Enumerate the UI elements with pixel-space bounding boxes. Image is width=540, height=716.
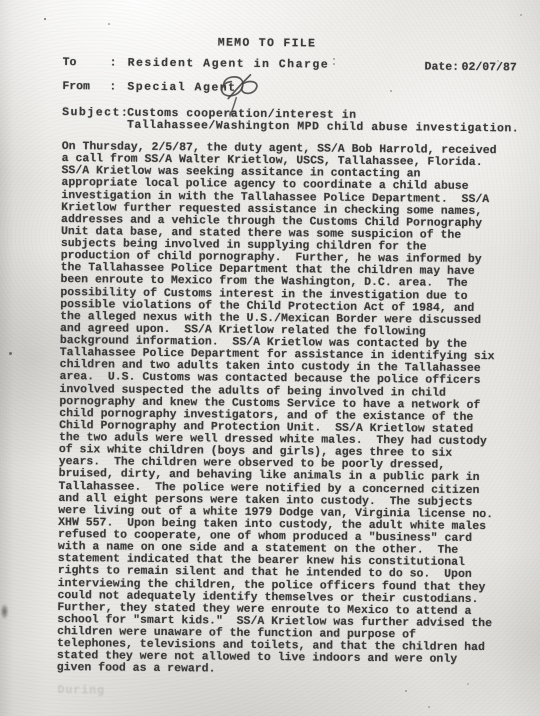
date-label: Date: bbox=[425, 61, 460, 74]
to-value: Resident Agent in Charge bbox=[128, 57, 330, 72]
from-label: From bbox=[62, 80, 90, 93]
memo-body: On Thursday, 2/5/87, the duty agent, SS/… bbox=[57, 141, 497, 679]
scanned-memo-page: MEMO TO FILE To : Resident Agent in Char… bbox=[0, 0, 540, 716]
subject-value-line2: Tallahassee/Washington MPD child abuse i… bbox=[127, 119, 519, 136]
memo-document: MEMO TO FILE To : Resident Agent in Char… bbox=[0, 0, 540, 716]
subject-label: Subject: bbox=[62, 106, 129, 120]
date-value: 02/07/87 bbox=[462, 61, 517, 75]
page-title: MEMO TO FILE bbox=[218, 37, 317, 51]
to-separator: : bbox=[110, 56, 117, 69]
from-separator: : bbox=[109, 80, 116, 93]
ghost-bleedthrough-text: During bbox=[58, 684, 106, 697]
to-label: To bbox=[63, 56, 77, 69]
